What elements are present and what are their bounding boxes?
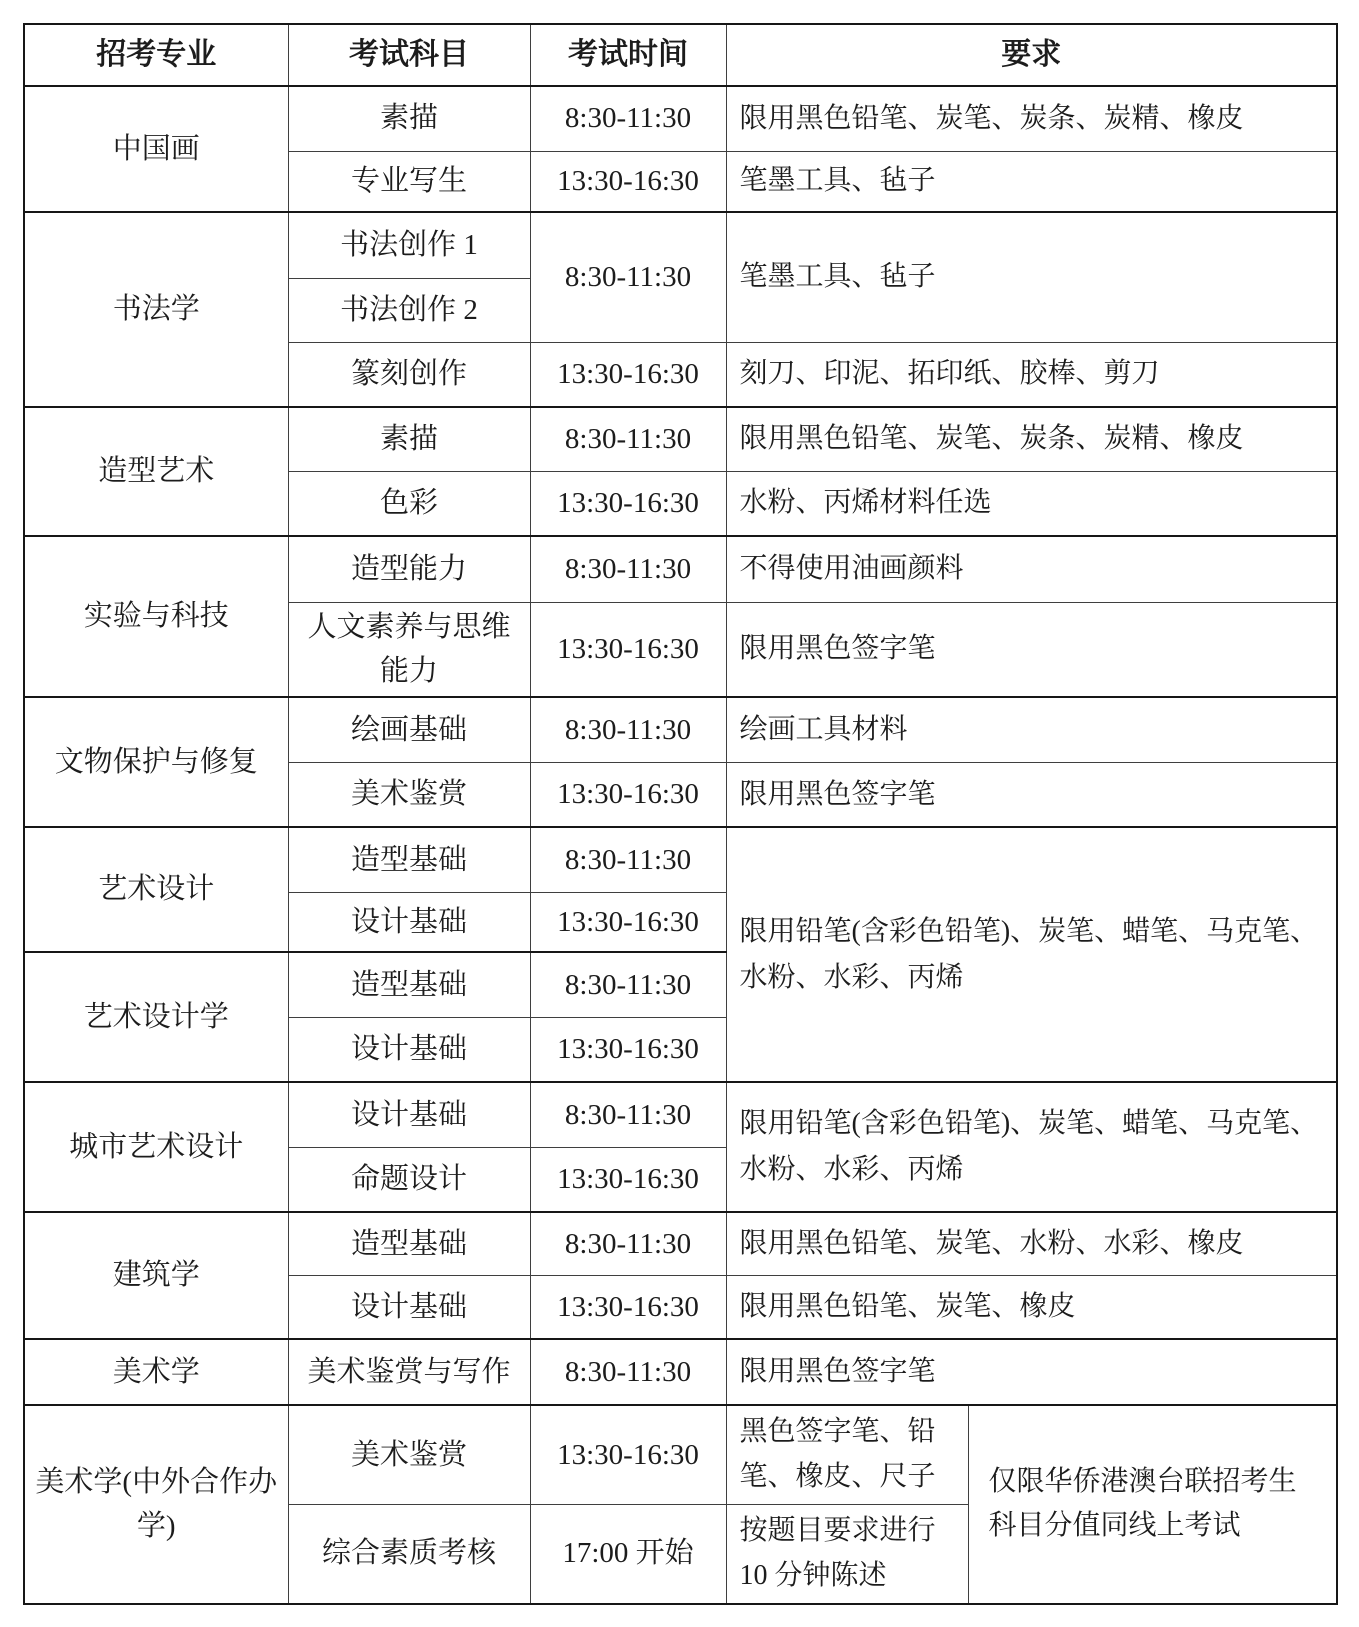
time-cell: 13:30-16:30	[530, 342, 726, 407]
requirement-cell: 按题目要求进行 10 分钟陈述	[726, 1504, 968, 1603]
major-cell: 实验与科技	[24, 536, 288, 697]
major-cell: 美术学	[24, 1339, 288, 1405]
requirement-cell: 限用铅笔(含彩色铅笔)、炭笔、蜡笔、马克笔、水粉、水彩、丙烯	[726, 827, 1337, 1082]
table-row: 实验与科技 造型能力 8:30-11:30 不得使用油画颜料	[24, 536, 1337, 602]
time-cell: 8:30-11:30	[530, 827, 726, 892]
subject-cell: 设计基础	[288, 892, 530, 952]
subject-cell: 设计基础	[288, 1017, 530, 1082]
requirement-cell: 笔墨工具、毡子	[726, 212, 1337, 342]
subject-cell: 素描	[288, 86, 530, 151]
requirement-cell: 限用黑色签字笔	[726, 602, 1337, 697]
subject-cell: 造型基础	[288, 1212, 530, 1275]
subject-cell: 设计基础	[288, 1082, 530, 1147]
major-cell: 书法学	[24, 212, 288, 407]
table-row: 文物保护与修复 绘画基础 8:30-11:30 绘画工具材料	[24, 697, 1337, 762]
requirement-cell: 笔墨工具、毡子	[726, 151, 1337, 212]
subject-cell: 综合素质考核	[288, 1504, 530, 1603]
subject-cell: 造型基础	[288, 827, 530, 892]
time-cell: 8:30-11:30	[530, 1339, 726, 1405]
header-row: 招考专业 考试科目 考试时间 要求	[24, 24, 1337, 86]
table-row: 美术学 美术鉴赏与写作 8:30-11:30 限用黑色签字笔	[24, 1339, 1337, 1405]
major-cell: 中国画	[24, 86, 288, 212]
table-row: 美术学(中外合作办学) 美术鉴赏 13:30-16:30 黑色签字笔、铅笔、橡皮…	[24, 1405, 1337, 1504]
major-cell: 造型艺术	[24, 407, 288, 536]
requirement-cell: 限用黑色铅笔、炭笔、水粉、水彩、橡皮	[726, 1212, 1337, 1275]
requirement-cell: 水粉、丙烯材料任选	[726, 471, 1337, 536]
subject-cell: 命题设计	[288, 1147, 530, 1212]
header-time: 考试时间	[530, 24, 726, 86]
header-requirements: 要求	[726, 24, 1337, 86]
requirement-cell: 绘画工具材料	[726, 697, 1337, 762]
table-row: 城市艺术设计 设计基础 8:30-11:30 限用铅笔(含彩色铅笔)、炭笔、蜡笔…	[24, 1082, 1337, 1147]
subject-cell: 篆刻创作	[288, 342, 530, 407]
table-row: 建筑学 造型基础 8:30-11:30 限用黑色铅笔、炭笔、水粉、水彩、橡皮	[24, 1212, 1337, 1275]
time-cell: 8:30-11:30	[530, 1212, 726, 1275]
time-cell: 8:30-11:30	[530, 407, 726, 471]
major-cell: 艺术设计学	[24, 952, 288, 1082]
time-cell: 17:00 开始	[530, 1504, 726, 1603]
subject-cell: 美术鉴赏	[288, 762, 530, 827]
time-cell: 13:30-16:30	[530, 151, 726, 212]
time-cell: 13:30-16:30	[530, 471, 726, 536]
time-cell: 13:30-16:30	[530, 1147, 726, 1212]
major-cell: 艺术设计	[24, 827, 288, 952]
time-cell: 8:30-11:30	[530, 697, 726, 762]
subject-cell: 书法创作 1	[288, 212, 530, 278]
time-cell: 8:30-11:30	[530, 212, 726, 342]
time-cell: 8:30-11:30	[530, 86, 726, 151]
subject-cell: 造型能力	[288, 536, 530, 602]
header-subject: 考试科目	[288, 24, 530, 86]
subject-cell: 美术鉴赏与写作	[288, 1339, 530, 1405]
exam-schedule-table: 招考专业 考试科目 考试时间 要求 中国画 素描 8:30-11:30 限用黑色…	[23, 23, 1338, 1605]
requirement-cell: 不得使用油画颜料	[726, 536, 1337, 602]
time-cell: 8:30-11:30	[530, 952, 726, 1017]
subject-cell: 素描	[288, 407, 530, 471]
header-major: 招考专业	[24, 24, 288, 86]
subject-cell: 美术鉴赏	[288, 1405, 530, 1504]
requirement-cell: 限用黑色签字笔	[726, 1339, 1337, 1405]
requirement-cell: 黑色签字笔、铅笔、橡皮、尺子	[726, 1405, 968, 1504]
table-row: 书法学 书法创作 1 8:30-11:30 笔墨工具、毡子	[24, 212, 1337, 278]
requirement-cell: 限用黑色签字笔	[726, 762, 1337, 827]
time-cell: 13:30-16:30	[530, 762, 726, 827]
major-cell: 文物保护与修复	[24, 697, 288, 827]
subject-cell: 设计基础	[288, 1275, 530, 1339]
table-row: 造型艺术 素描 8:30-11:30 限用黑色铅笔、炭笔、炭条、炭精、橡皮	[24, 407, 1337, 471]
table-row: 艺术设计 造型基础 8:30-11:30 限用铅笔(含彩色铅笔)、炭笔、蜡笔、马…	[24, 827, 1337, 892]
time-cell: 13:30-16:30	[530, 602, 726, 697]
subject-cell: 造型基础	[288, 952, 530, 1017]
subject-cell: 色彩	[288, 471, 530, 536]
time-cell: 8:30-11:30	[530, 1082, 726, 1147]
requirement-cell: 限用铅笔(含彩色铅笔)、炭笔、蜡笔、马克笔、水粉、水彩、丙烯	[726, 1082, 1337, 1212]
time-cell: 13:30-16:30	[530, 892, 726, 952]
requirement-cell: 限用黑色铅笔、炭笔、橡皮	[726, 1275, 1337, 1339]
table-row: 中国画 素描 8:30-11:30 限用黑色铅笔、炭笔、炭条、炭精、橡皮	[24, 86, 1337, 151]
requirement-cell: 限用黑色铅笔、炭笔、炭条、炭精、橡皮	[726, 86, 1337, 151]
subject-cell: 绘画基础	[288, 697, 530, 762]
subject-cell: 专业写生	[288, 151, 530, 212]
requirement-cell: 刻刀、印泥、拓印纸、胶棒、剪刀	[726, 342, 1337, 407]
requirement-cell: 限用黑色铅笔、炭笔、炭条、炭精、橡皮	[726, 407, 1337, 471]
major-cell: 建筑学	[24, 1212, 288, 1339]
page: 招考专业 考试科目 考试时间 要求 中国画 素描 8:30-11:30 限用黑色…	[0, 0, 1359, 1627]
subject-cell: 人文素养与思维能力	[288, 602, 530, 697]
time-cell: 13:30-16:30	[530, 1017, 726, 1082]
major-cell: 美术学(中外合作办学)	[24, 1405, 288, 1603]
time-cell: 8:30-11:30	[530, 536, 726, 602]
time-cell: 13:30-16:30	[530, 1275, 726, 1339]
time-cell: 13:30-16:30	[530, 1405, 726, 1504]
note-cell: 仅限华侨港澳台联招考生科目分值同线上考试	[968, 1405, 1337, 1603]
major-cell: 城市艺术设计	[24, 1082, 288, 1212]
subject-cell: 书法创作 2	[288, 278, 530, 342]
